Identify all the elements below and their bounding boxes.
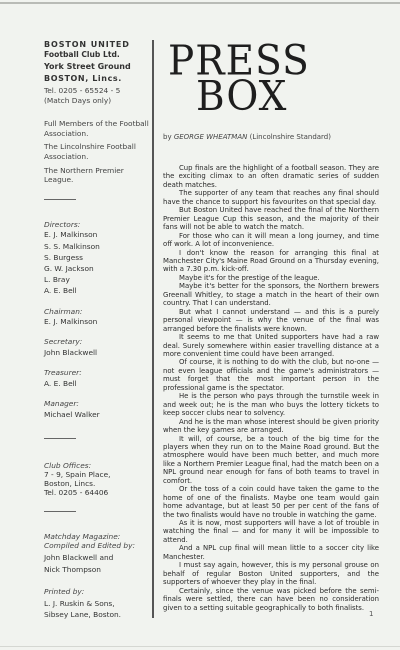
chairman: E. J. Malkinson	[44, 316, 150, 327]
club-info-column: BOSTON UNITED Football Club Ltd. York St…	[44, 40, 150, 620]
club-telephone: Tel. 0205 - 65524 - 5 (Match Days only)	[44, 86, 150, 105]
article-paragraph: I must say again, however, this is my pe…	[163, 561, 379, 586]
article-body: Cup finals are the highlight of a footba…	[163, 164, 379, 612]
director: E. J. Malkinson	[44, 229, 150, 240]
article-paragraph: As it is now, most supporters will have …	[163, 519, 379, 544]
address-line: Tel. 0205 - 64406	[44, 488, 150, 497]
compiled-label: Compiled and Edited by:	[44, 541, 150, 550]
article-paragraph: Of course, it is nothing to do with the …	[163, 358, 379, 392]
director: G. W. Jackson	[44, 263, 150, 274]
directors-label: Directors:	[44, 220, 150, 230]
article-paragraph: It seems to me that United supporters ha…	[163, 333, 379, 358]
secretary-label: Secretary:	[44, 337, 150, 347]
article-paragraph: He is the person who pays through the tu…	[163, 392, 379, 417]
article-paragraph: I don't know the reason for arranging th…	[163, 249, 379, 274]
article-paragraph: Or the toss of a coin could have taken t…	[163, 485, 379, 519]
membership-item: The Lincolnshire Football Association.	[44, 142, 150, 161]
printer-address: Sibsey Lane, Boston.	[44, 609, 150, 620]
address-line: Boston, Lincs.	[44, 479, 150, 488]
membership-item: The Northern Premier League.	[44, 166, 150, 185]
article-paragraph: Maybe it's better for the sponsors, the …	[163, 282, 379, 307]
director: L. Bray	[44, 274, 150, 285]
article-paragraph: It will, of course, be a touch of the bi…	[163, 435, 379, 486]
article-paragraph: And a NPL cup final will mean little to …	[163, 544, 379, 561]
article-paragraph: The supporter of any team that reaches a…	[163, 189, 379, 206]
membership-item: Full Members of the Football Association…	[44, 119, 150, 138]
article-paragraph: Certainly, since the venue was picked be…	[163, 587, 379, 612]
club-town: BOSTON, Lincs.	[44, 74, 150, 84]
author-name: GEORGE WHEATMAN	[174, 133, 248, 141]
article-title: PRESS BOX	[168, 44, 310, 115]
magazine-page: BOSTON UNITED Football Club Ltd. York St…	[0, 0, 400, 650]
club-subtitle: Football Club Ltd.	[44, 50, 150, 60]
director: S. S. Malkinson	[44, 241, 150, 252]
section-divider	[44, 438, 76, 439]
article-paragraph: But what I cannot understand — and this …	[163, 308, 379, 333]
article-paragraph: For those who can it will mean a long jo…	[163, 232, 379, 249]
magazine-editors: John Blackwell and Nick Thompson	[44, 552, 150, 574]
manager: Michael Walker	[44, 409, 150, 420]
memberships: Full Members of the Football Association…	[44, 119, 150, 185]
editor: Nick Thompson	[44, 564, 150, 575]
bottom-border	[0, 646, 400, 647]
editor: John Blackwell and	[44, 552, 150, 563]
article-paragraph: Maybe it's for the prestige of the leagu…	[163, 274, 379, 282]
chairman-label: Chairman:	[44, 307, 150, 317]
treasurer-label: Treasurer:	[44, 368, 150, 378]
article-byline: by GEORGE WHEATMAN (Lincolnshire Standar…	[163, 133, 331, 141]
secretary: John Blackwell	[44, 347, 150, 358]
treasurer: A. E. Bell	[44, 378, 150, 389]
page-number: 1	[369, 610, 373, 618]
printer-name: L. J. Ruskin & Sons,	[44, 598, 150, 609]
section-divider	[44, 199, 76, 200]
article-paragraph: And he is the man whose interest should …	[163, 418, 379, 435]
club-offices-address: 7 - 9, Spain Place, Boston, Lincs. Tel. …	[44, 470, 150, 497]
section-divider	[44, 511, 76, 512]
club-ground: York Street Ground	[44, 62, 150, 72]
publication-name: (Lincolnshire Standard)	[250, 133, 331, 141]
telephone-note: (Match Days only)	[44, 96, 150, 106]
printed-by-label: Printed by:	[44, 587, 150, 596]
top-border	[0, 2, 400, 4]
director: S. Burgess	[44, 252, 150, 263]
magazine-label: Matchday Magazine:	[44, 532, 150, 541]
article-paragraph: Cup finals are the highlight of a footba…	[163, 164, 379, 189]
address-line: 7 - 9, Spain Place,	[44, 470, 150, 479]
manager-label: Manager:	[44, 399, 150, 409]
club-name: BOSTON UNITED	[44, 40, 150, 50]
column-divider	[152, 40, 154, 618]
printer: L. J. Ruskin & Sons, Sibsey Lane, Boston…	[44, 598, 150, 620]
article-paragraph: But Boston United have reached the final…	[163, 206, 379, 231]
director: A. E. Bell	[44, 285, 150, 296]
telephone-number: Tel. 0205 - 65524 - 5	[44, 86, 150, 96]
title-line-box: BOX	[168, 80, 310, 116]
club-offices-label: Club Offices:	[44, 461, 150, 471]
byline-prefix: by	[163, 133, 172, 141]
